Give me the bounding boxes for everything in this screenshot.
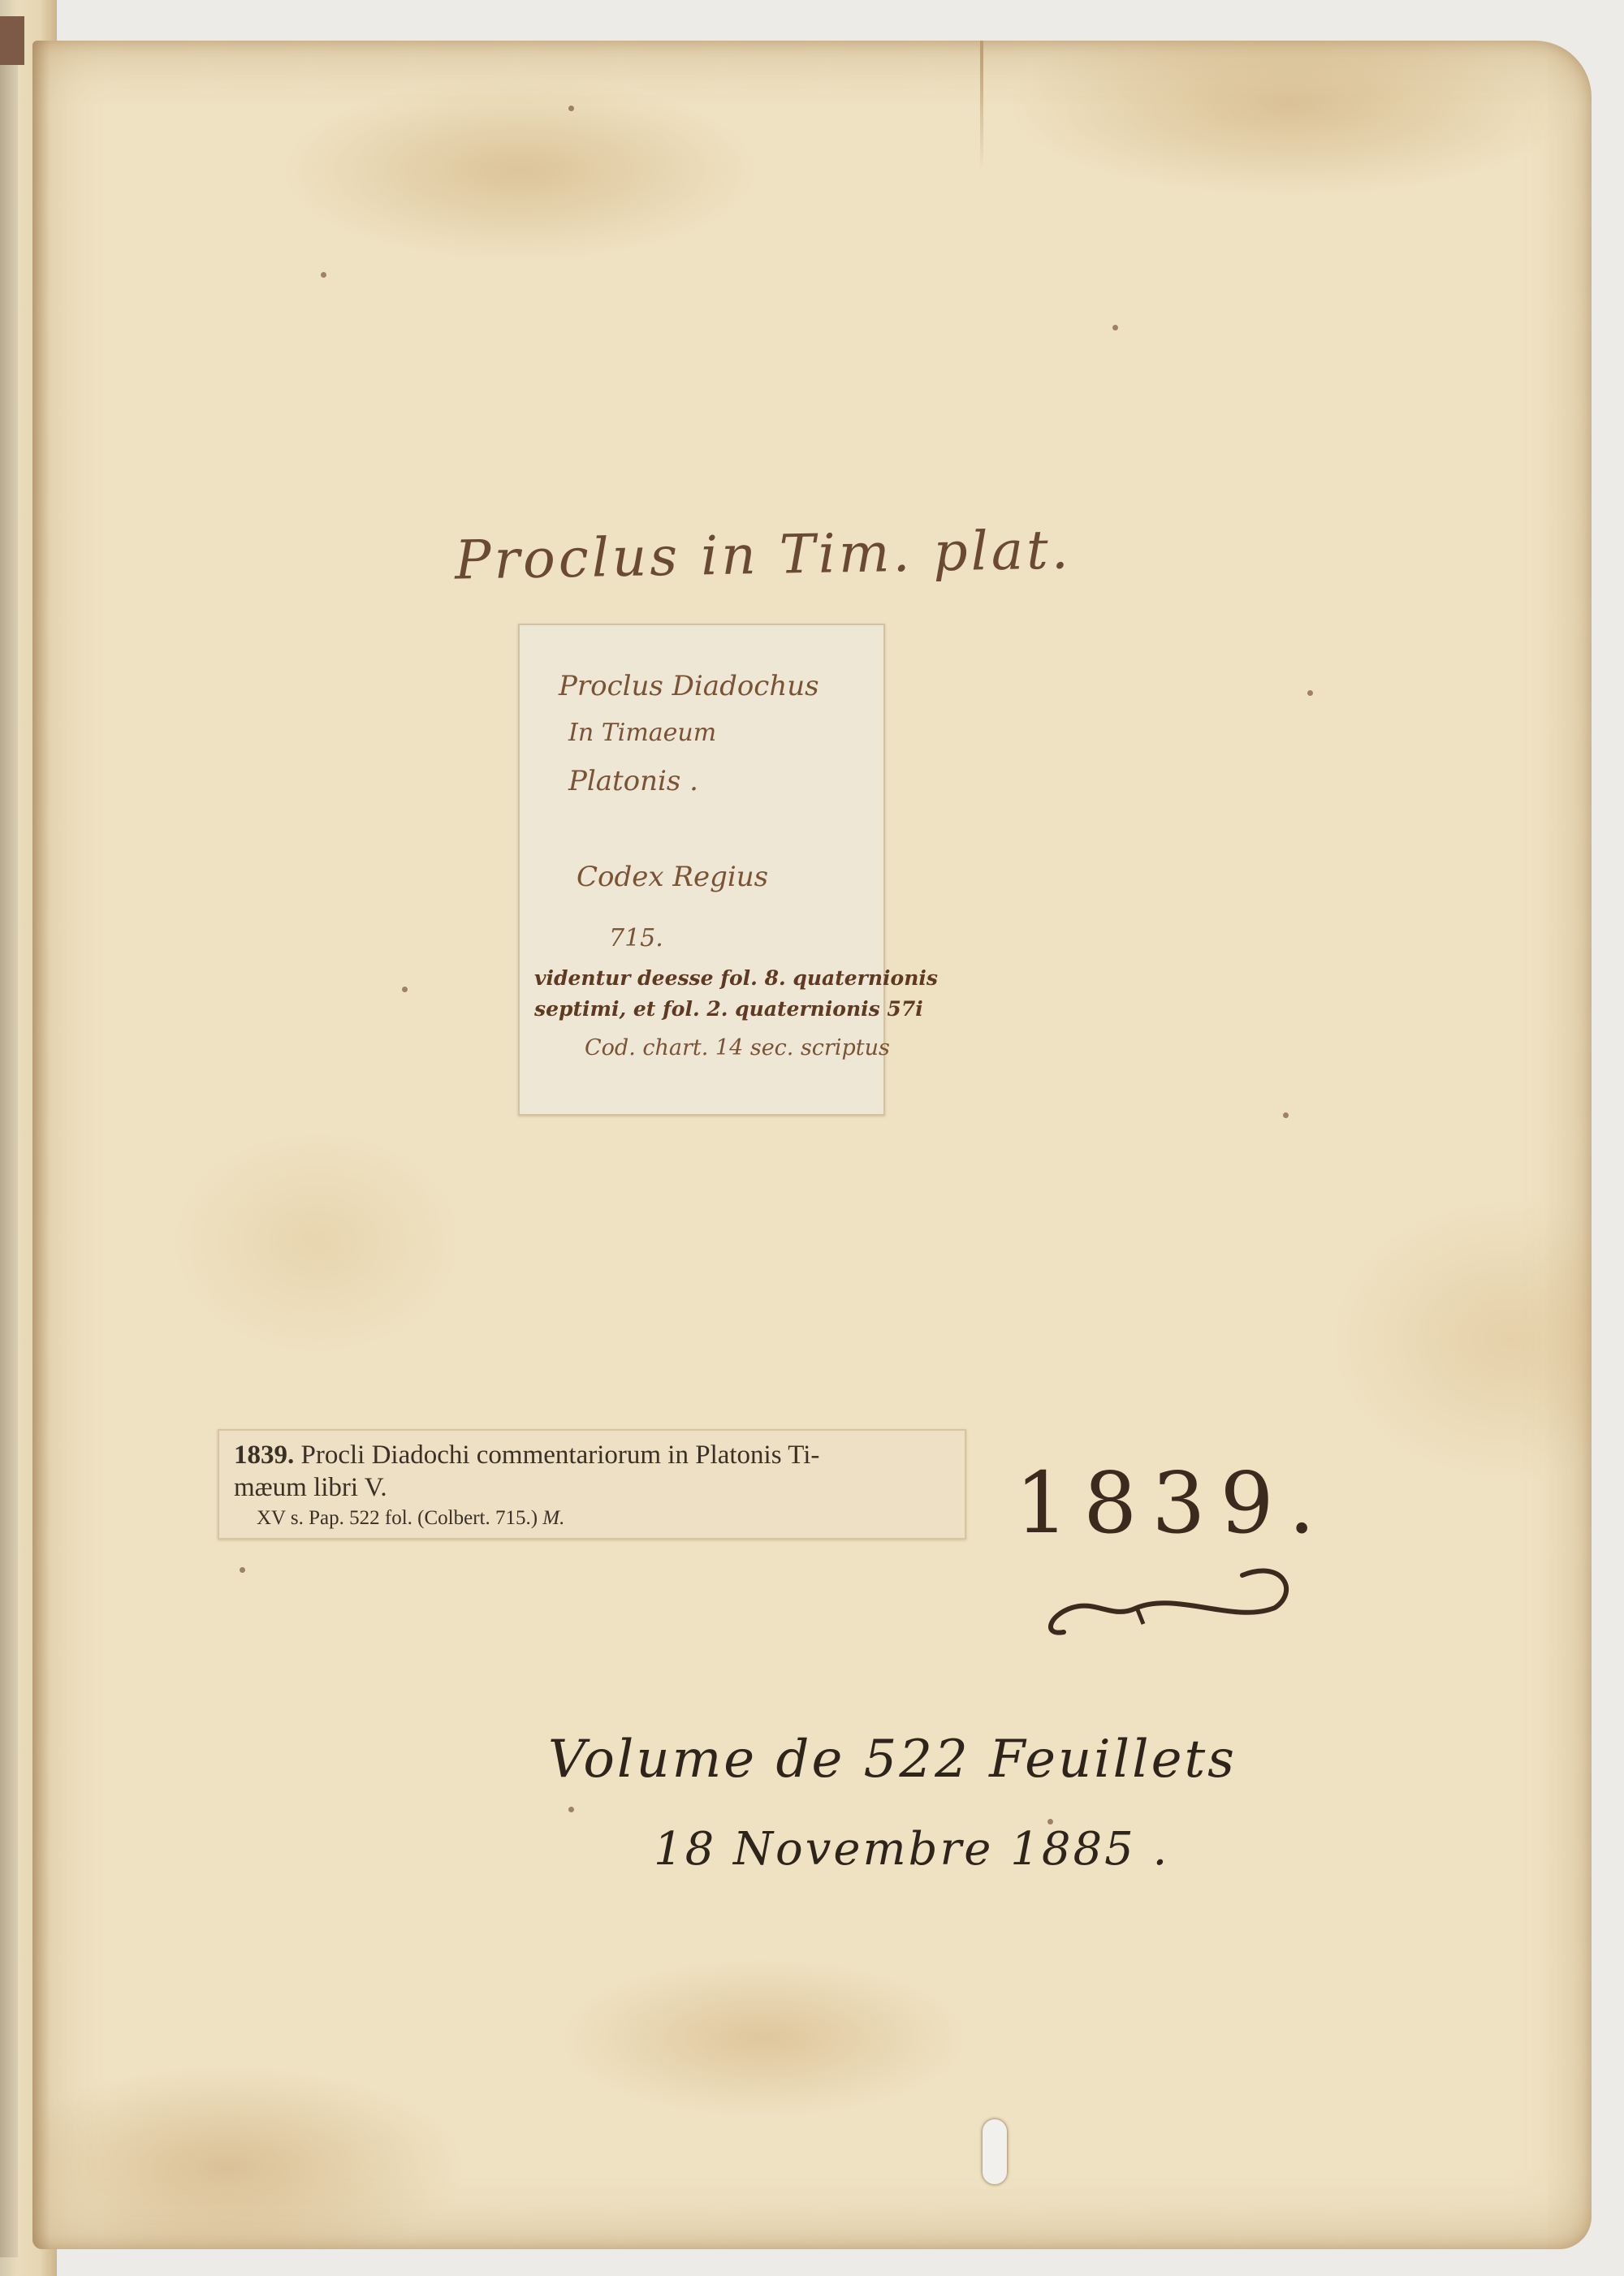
- foxing-spot: [568, 1807, 574, 1812]
- paper-hole: [983, 2119, 1007, 2184]
- foxing-spot: [1047, 1819, 1053, 1825]
- foxing-spot: [1283, 1112, 1289, 1118]
- label-line: Proclus Diadochus: [559, 670, 819, 702]
- page-gutter-shadow: [32, 41, 50, 2249]
- label-note-line: septimi, et fol. 2. quaternionis 57i: [534, 997, 923, 1021]
- foliation-note-line-1: Volume de 522 Feuillets: [548, 1730, 1237, 1790]
- manuscript-page: Proclus in Tim. plat. Proclus Diadochus …: [32, 41, 1592, 2249]
- foliation-note-line-2: 18 Novembre 1885 .: [654, 1823, 1169, 1876]
- foxing-spot: [321, 272, 326, 278]
- page-top-crease: [980, 41, 983, 171]
- catalog-marker: M.: [542, 1507, 564, 1529]
- catalog-entry-line-3: XV s. Pap. 522 fol. (Colbert. 715.) M.: [257, 1507, 564, 1530]
- label-line: Cod. chart. 14 sec. scriptus: [585, 1035, 890, 1060]
- label-line: Platonis .: [568, 765, 698, 797]
- foxing-spot: [568, 106, 574, 111]
- foxing-spot: [402, 987, 408, 992]
- title-inscription: Proclus in Tim. plat.: [454, 518, 1072, 591]
- foxing-spot: [1307, 690, 1313, 696]
- flourish-ornament-icon: [1039, 1559, 1307, 1640]
- label-line: Codex Regius: [577, 861, 768, 893]
- catalog-entry-line-1: 1839. Procli Diadochi commentariorum in …: [234, 1440, 819, 1471]
- catalog-entry-line-2: mæum libri V.: [234, 1473, 387, 1503]
- foxing-spot: [1112, 325, 1118, 330]
- pasted-label-card: Proclus Diadochus In Timaeum Platonis . …: [518, 624, 885, 1116]
- leather-cover-corner: [0, 16, 24, 65]
- catalog-number: 1839.: [234, 1440, 294, 1470]
- label-line: In Timaeum: [568, 719, 716, 747]
- foxing-spot: [240, 1567, 245, 1573]
- label-line: 715.: [609, 924, 663, 952]
- printed-catalog-slip: 1839. Procli Diadochi commentariorum in …: [218, 1429, 966, 1540]
- binding-spine-edge: [0, 16, 18, 2257]
- catalog-description: XV s. Pap. 522 fol. (Colbert. 715.): [257, 1507, 542, 1529]
- shelfmark-number: 1839.: [1015, 1453, 1330, 1553]
- label-note-line: videntur deesse fol. 8. quaternionis: [534, 966, 938, 990]
- catalog-title: Procli Diadochi commentariorum in Platon…: [294, 1440, 819, 1470]
